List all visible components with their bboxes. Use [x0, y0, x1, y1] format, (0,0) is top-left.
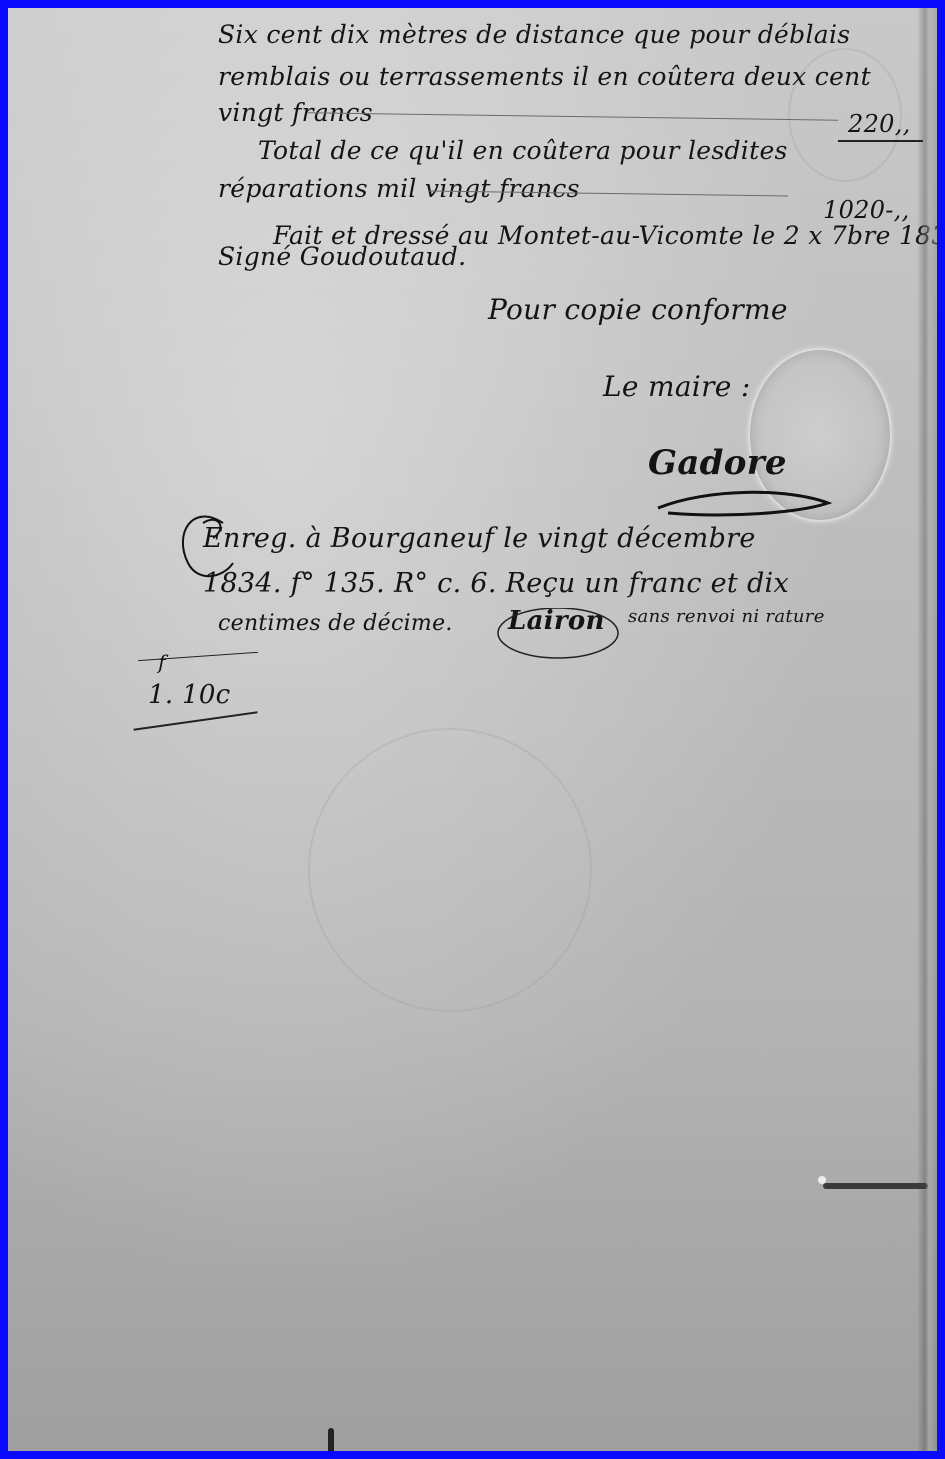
embossed-seal-faint-bottom: [308, 728, 592, 1012]
mayor-signature: Gadore: [648, 443, 787, 483]
total-line-1: Total de ce qu'il en coûtera pour lesdit…: [258, 136, 788, 165]
estimate-fill-line: [308, 112, 838, 120]
estimate-amount: 220,,: [848, 110, 911, 138]
certification-line-2: Le maire :: [603, 370, 751, 403]
fee-top-rule: [138, 652, 258, 661]
certification-line-1: Pour copie conforme: [488, 293, 788, 326]
total-amount: 1020-,,: [823, 196, 910, 224]
estimate-amount-underline: [838, 140, 923, 142]
estimate-line-2: remblais ou terrassements il en coûtera …: [218, 62, 871, 91]
document-page: Six cent dix mètres de distance que pour…: [8, 8, 937, 1451]
dated-line-2: Signé Goudoutaud.: [218, 242, 466, 271]
total-line-2: réparations mil vingt francs: [218, 174, 580, 203]
ink-smudge: [328, 1428, 334, 1451]
registration-line-3: centimes de décime.: [218, 611, 453, 636]
registration-line-1: Enreg. à Bourganeuf le vingt décembre: [203, 523, 756, 554]
fee-unit: f: [158, 650, 166, 674]
registrar-flourish: [488, 608, 638, 668]
signature-flourish: [648, 478, 848, 528]
fee-bottom-rule: [133, 711, 257, 730]
paper-crease: [823, 1183, 928, 1189]
registration-trailing: sans renvoi ni rature: [628, 606, 825, 627]
registration-line-2: 1834. f° 135. R° c. 6. Reçu un franc et …: [203, 568, 789, 599]
estimate-line-1: Six cent dix mètres de distance que pour…: [218, 20, 850, 49]
fee-amount: 1. 10c: [148, 680, 231, 710]
